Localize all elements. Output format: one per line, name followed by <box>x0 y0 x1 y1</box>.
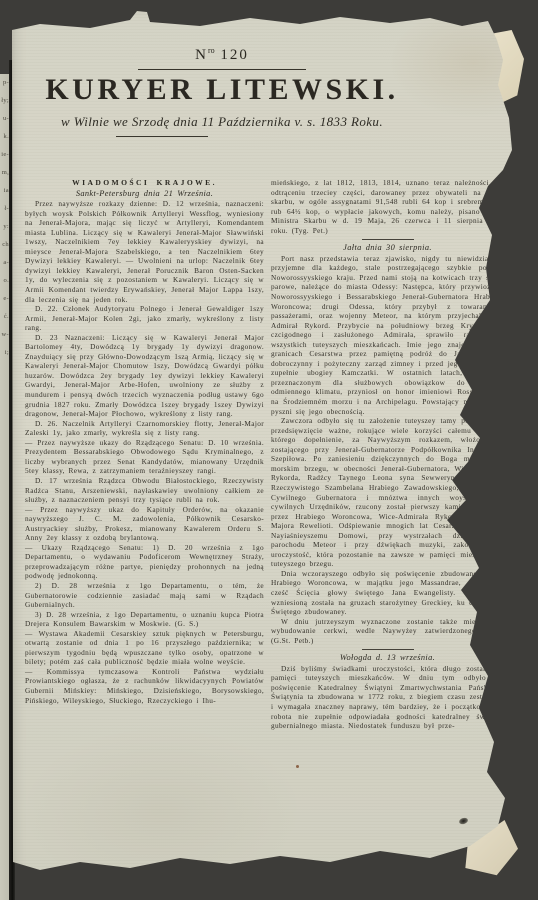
article-paragraph: 2) D. 28 września z 1go Departamentu, o … <box>25 581 264 610</box>
column-header: WIADOMOŚCI KRAJOWE. <box>25 178 264 188</box>
article-paragraph: — Wystawa Akademii Cesarskiey sztuk pięk… <box>25 629 264 667</box>
column-right: mieńskiego, z lat 1812, 1813, 1814, uzna… <box>271 178 504 731</box>
article-paragraph: D. 17 września Rządzca Obwodu Białostock… <box>25 476 264 505</box>
article-paragraph: Dnia wczorayszego odbyło się poświęcenie… <box>271 569 504 617</box>
article-paragraph: Zawczora odbyło się tu założenie tuteysz… <box>271 416 504 569</box>
newspaper-sheet: Nro 120 KURYER LITEWSKI. w Wilnie we Srz… <box>0 0 538 900</box>
masthead-rule <box>138 69 306 70</box>
section-dateline: Wołogda d. 13 września. <box>271 653 504 663</box>
article-paragraph: D. 22. Członek Audytoryatu Polnego i Jen… <box>25 304 264 333</box>
article-paragraph: Przez naywyższe rozkazy dzienne: D. 12 w… <box>25 199 264 304</box>
masthead: Nro 120 KURYER LITEWSKI. w Wilnie we Srz… <box>12 46 432 137</box>
issue-number: Nro 120 <box>12 46 432 64</box>
article-paragraph: — Przez naywyższy ukaz do Kapituły Order… <box>25 505 264 543</box>
newspaper-title: KURYER LITEWSKI. <box>12 73 432 107</box>
article-paragraph: D. 23 Naznaczeni: Liczący się w Kawalery… <box>25 333 264 419</box>
article-paragraph: mieńskiego, z lat 1812, 1813, 1814, uzna… <box>271 178 504 235</box>
article-paragraph: — Kommissya tymczasowa Kontroli Państwa … <box>25 667 264 705</box>
masthead-dateline: w Wilnie we Srzodę dnia 11 Października … <box>12 114 432 130</box>
article-paragraph: 3) D. 28 września, z 1go Departamentu, o… <box>25 610 264 629</box>
foxing-speck <box>296 765 299 768</box>
article-paragraph: — Przez naywyższe ukazy do Rządzącego Se… <box>25 438 264 476</box>
issue-value: 120 <box>220 47 249 63</box>
issue-prefix: N <box>195 47 208 63</box>
scanned-newspaper-view: p-ły;u-k.ie-m,iał-y:cha-o.e-ć.w-i; Nro 1… <box>0 0 538 900</box>
article-paragraph: W dniu jutrzeyszym wyznaczone zostanie t… <box>271 617 504 646</box>
ink-blot <box>458 817 468 825</box>
dateline-rule <box>116 136 208 137</box>
column-left: WIADOMOŚCI KRAJOWE.Sankt-Petersburg dnia… <box>25 178 264 705</box>
section-dateline: Jałta dnia 30 sierpnia. <box>271 243 504 253</box>
article-paragraph: Port nasz przedstawia teraz zjawisko, ni… <box>271 254 504 416</box>
article-paragraph: Dziś byliśmy świadkami uroczystości, któ… <box>271 664 504 731</box>
section-divider <box>362 649 414 650</box>
section-divider <box>362 239 414 240</box>
article-paragraph: D. 26. Naczelnik Artylleryi Czarnomorski… <box>25 419 264 438</box>
article-paragraph: — Ukazy Rządzącego Senatu: 1) D. 20 wrze… <box>25 543 264 581</box>
section-dateline: Sankt-Petersburg dnia 21 Września. <box>25 189 264 199</box>
issue-superscript: ro <box>208 46 215 55</box>
